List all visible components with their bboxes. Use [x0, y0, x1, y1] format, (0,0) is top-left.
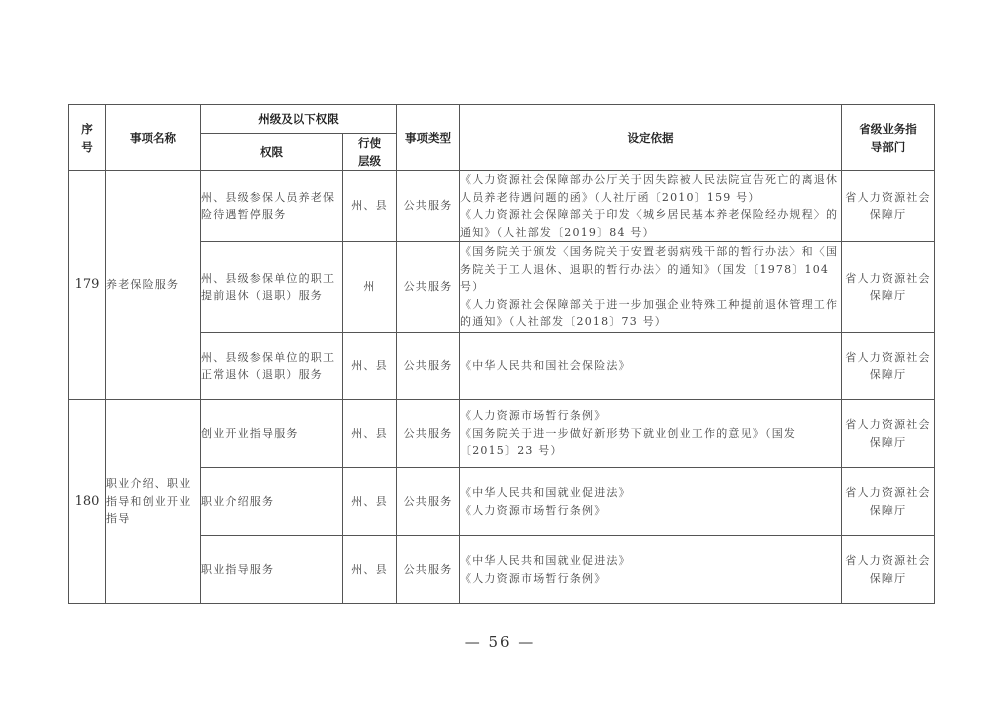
type-cell: 公共服务: [397, 400, 460, 468]
type-cell: 公共服务: [397, 333, 460, 400]
header-dept: 省级业务指导部门: [842, 105, 935, 171]
basis-cell: 《中华人民共和国社会保险法》: [460, 333, 842, 400]
basis-line: 《中华人民共和国就业促进法》: [460, 552, 841, 570]
basis-cell: 《人力资源社会保障部办公厅关于因失踪被人民法院宣告死亡的离退休人员养老待遇问题的…: [460, 171, 842, 242]
level-cell: 州、县: [343, 171, 397, 242]
basis-cell: 《中华人民共和国就业促进法》 《人力资源市场暂行条例》: [460, 468, 842, 536]
basis-line: 《人力资源社会保障部关于进一步加强企业特殊工种提前退休管理工作的通知》（人社部发…: [460, 296, 841, 331]
basis-cell: 《中华人民共和国就业促进法》 《人力资源市场暂行条例》: [460, 536, 842, 604]
dept-cell: 省人力资源社会保障厅: [842, 242, 935, 333]
table-row: 179 养老保险服务 州、县级参保人员养老保险待遇暂停服务 州、县 公共服务 《…: [69, 171, 935, 242]
dept-cell: 省人力资源社会保障厅: [842, 333, 935, 400]
authority-cell: 创业开业指导服务: [201, 400, 343, 468]
basis-line: 《人力资源市场暂行条例》: [460, 570, 841, 588]
item-name-cell: 职业介绍、职业指导和创业开业指导: [106, 400, 201, 604]
header-seq: 序号: [69, 105, 106, 171]
basis-cell: 《国务院关于颁发〈国务院关于安置老弱病残干部的暂行办法〉和〈国务院关于工人退休、…: [460, 242, 842, 333]
page-number: — 56 —: [0, 633, 1000, 651]
type-cell: 公共服务: [397, 536, 460, 604]
basis-line: 《中华人民共和国社会保险法》: [460, 357, 841, 375]
header-item-name: 事项名称: [106, 105, 201, 171]
header-authority: 权限: [201, 134, 343, 171]
basis-line: 《国务院关于颁发〈国务院关于安置老弱病残干部的暂行办法〉和〈国务院关于工人退休、…: [460, 243, 841, 296]
authority-cell: 州、县级参保人员养老保险待遇暂停服务: [201, 171, 343, 242]
seq-cell: 180: [69, 400, 106, 604]
level-cell: 州、县: [343, 400, 397, 468]
basis-line: 《人力资源市场暂行条例》: [460, 407, 841, 425]
table-row: 180 职业介绍、职业指导和创业开业指导 创业开业指导服务 州、县 公共服务 《…: [69, 400, 935, 468]
level-cell: 州、县: [343, 468, 397, 536]
level-cell: 州、县: [343, 333, 397, 400]
dept-cell: 省人力资源社会保障厅: [842, 400, 935, 468]
basis-line: 《中华人民共和国就业促进法》: [460, 484, 841, 502]
level-cell: 州、县: [343, 536, 397, 604]
type-cell: 公共服务: [397, 468, 460, 536]
header-basis: 设定依据: [460, 105, 842, 171]
type-cell: 公共服务: [397, 171, 460, 242]
basis-line: 《人力资源社会保障部办公厅关于因失踪被人民法院宣告死亡的离退休人员养老待遇问题的…: [460, 171, 841, 206]
service-items-table: 序号 事项名称 州级及以下权限 事项类型 设定依据 省级业务指导部门 权限 行使…: [68, 104, 935, 604]
seq-cell: 179: [69, 171, 106, 400]
basis-line: 《人力资源市场暂行条例》: [460, 502, 841, 520]
header-authority-group: 州级及以下权限: [201, 105, 397, 134]
header-type: 事项类型: [397, 105, 460, 171]
type-cell: 公共服务: [397, 242, 460, 333]
basis-cell: 《人力资源市场暂行条例》 《国务院关于进一步做好新形势下就业创业工作的意见》（国…: [460, 400, 842, 468]
basis-line: 《人力资源社会保障部关于印发〈城乡居民基本养老保险经办规程〉的通知》（人社部发〔…: [460, 206, 841, 241]
authority-cell: 州、县级参保单位的职工提前退休（退职）服务: [201, 242, 343, 333]
basis-line: 《国务院关于进一步做好新形势下就业创业工作的意见》（国发〔2015〕23 号）: [460, 425, 841, 460]
authority-cell: 州、县级参保单位的职工正常退休（退职）服务: [201, 333, 343, 400]
authority-cell: 职业指导服务: [201, 536, 343, 604]
level-cell: 州: [343, 242, 397, 333]
item-name-cell: 养老保险服务: [106, 171, 201, 400]
authority-cell: 职业介绍服务: [201, 468, 343, 536]
dept-cell: 省人力资源社会保障厅: [842, 171, 935, 242]
header-level: 行使层级: [343, 134, 397, 171]
dept-cell: 省人力资源社会保障厅: [842, 536, 935, 604]
dept-cell: 省人力资源社会保障厅: [842, 468, 935, 536]
